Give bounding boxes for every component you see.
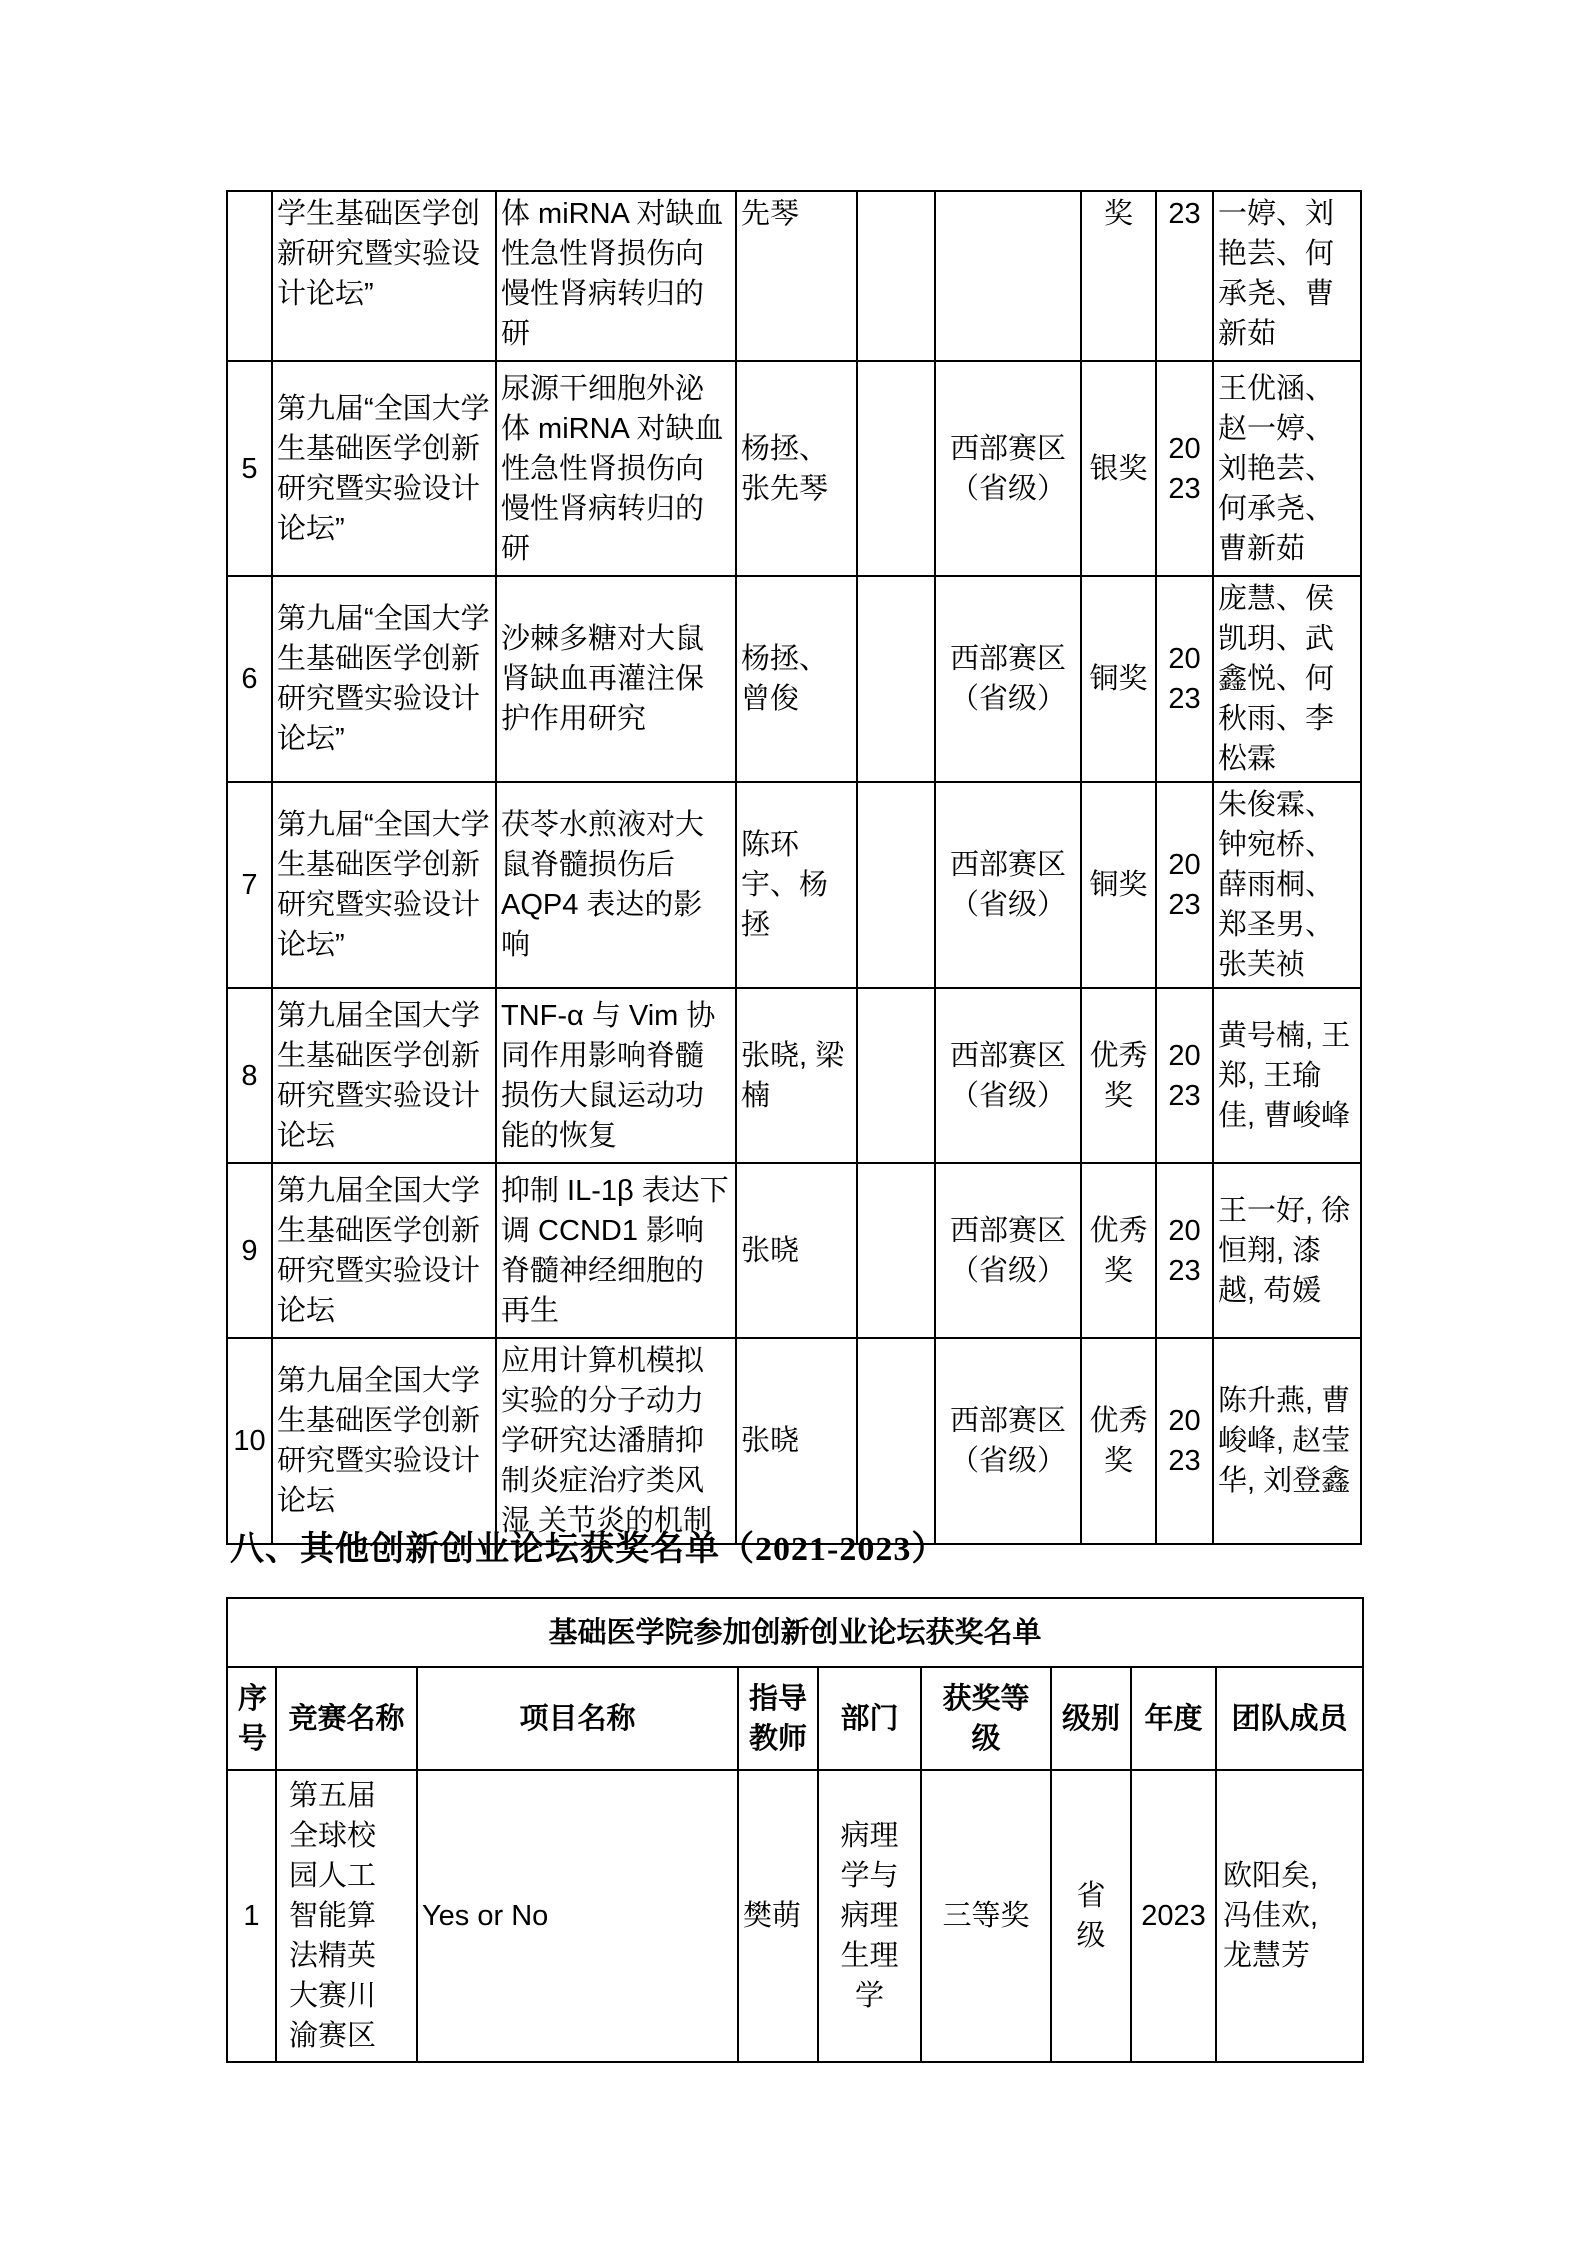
cell-award: 优秀奖: [1081, 1338, 1156, 1544]
innovation-forum-awards-table: 基础医学院参加创新创业论坛获奖名单 序号 竞赛名称 项目名称 指导教师 部门 获…: [226, 1597, 1364, 2063]
cell-level: 西部赛区（省级）: [935, 576, 1081, 782]
cell-project: 尿源干细胞外泌体 miRNA 对缺血性急性肾损伤向慢性肾病转归的研: [496, 361, 736, 576]
cell-teacher: 张晓, 梁楠: [736, 988, 857, 1163]
cell-competition: 第九届“全国大学生基础医学创新研究暨实验设计论坛”: [272, 782, 496, 988]
cell-team: 王优涵、赵一婷、刘艳芸、何承尧、曹新茹: [1213, 361, 1361, 576]
cell-project: 茯苓水煎液对大鼠脊髓损伤后 AQP4 表达的影响: [496, 782, 736, 988]
table-row: 10 第九届全国大学生基础医学创新研究暨实验设计论坛 应用计算机模拟实验的分子动…: [227, 1338, 1361, 1544]
cell-year: 2023: [1156, 361, 1213, 576]
cell-competition: 第九届“全国大学生基础医学创新研究暨实验设计论坛”: [272, 576, 496, 782]
header-department: 部门: [818, 1667, 921, 1770]
cell-team: 一婷、刘艳芸、何承尧、曹新茹: [1213, 191, 1361, 361]
cell-award: 奖: [1081, 191, 1156, 361]
cell-competition: 第九届全国大学生基础医学创新研究暨实验设计论坛: [272, 1338, 496, 1544]
cell-teacher: 先琴: [736, 191, 857, 361]
cell-teacher: 樊萌: [738, 1770, 818, 2062]
cell-year: 2023: [1156, 1163, 1213, 1338]
cell-year: 2023: [1156, 1338, 1213, 1544]
cell-department: [857, 576, 935, 782]
table-header-row: 序号 竞赛名称 项目名称 指导教师 部门 获奖等级 级别 年度 团队成员: [227, 1667, 1363, 1770]
cell-department: [857, 988, 935, 1163]
header-award: 获奖等级: [921, 1667, 1051, 1770]
table-row: 8 第九届全国大学生基础医学创新研究暨实验设计论坛 TNF-α 与 Vim 协同…: [227, 988, 1361, 1163]
cell-level: 西部赛区（省级）: [935, 988, 1081, 1163]
cell-award: 铜奖: [1081, 782, 1156, 988]
cell-team: 王一好, 徐恒翔, 漆越, 苟媛: [1213, 1163, 1361, 1338]
table-title-row: 基础医学院参加创新创业论坛获奖名单: [227, 1598, 1363, 1667]
cell-department: [857, 1163, 935, 1338]
section-heading: 八、其他创新创业论坛获奖名单（2021-2023）: [230, 1528, 1360, 1572]
cell-award: 优秀奖: [1081, 1163, 1156, 1338]
cell-project: 应用计算机模拟实验的分子动力学研究达潘腈抑制炎症治疗类风湿 关节炎的机制: [496, 1338, 736, 1544]
cell-teacher: 杨拯、张先琴: [736, 361, 857, 576]
cell-award: 铜奖: [1081, 576, 1156, 782]
cell-level: 西部赛区（省级）: [935, 1163, 1081, 1338]
cell-project: TNF-α 与 Vim 协同作用影响脊髓损伤大鼠运动功能的恢复: [496, 988, 736, 1163]
header-project: 项目名称: [417, 1667, 738, 1770]
cell-seq: 1: [227, 1770, 276, 2062]
cell-department: [857, 782, 935, 988]
cell-level: 西部赛区（省级）: [935, 782, 1081, 988]
document-page: 学生基础医学创新研究暨实验设计论坛” 体 miRNA 对缺血性急性肾损伤向慢性肾…: [0, 0, 1587, 2245]
cell-teacher: 陈环宇、杨拯: [736, 782, 857, 988]
cell-level: 西部赛区（省级）: [935, 1338, 1081, 1544]
cell-project: 抑制 IL-1β 表达下调 CCND1 影响脊髓神经细胞的再生: [496, 1163, 736, 1338]
cell-seq: 5: [227, 361, 272, 576]
table-row: 1 第五届全球校园人工智能算法精英大赛川渝赛区 Yes or No 樊萌 病理学…: [227, 1770, 1363, 2062]
cell-team: 陈升燕, 曹峻峰, 赵莹华, 刘登鑫: [1213, 1338, 1361, 1544]
cell-level: 省级: [1051, 1770, 1131, 2062]
cell-award: 优秀奖: [1081, 988, 1156, 1163]
cell-seq: 6: [227, 576, 272, 782]
table-title: 基础医学院参加创新创业论坛获奖名单: [227, 1598, 1363, 1667]
cell-project: 体 miRNA 对缺血性急性肾损伤向慢性肾病转归的研: [496, 191, 736, 361]
cell-level: 西部赛区（省级）: [935, 361, 1081, 576]
header-seq: 序号: [227, 1667, 276, 1770]
cell-team: 黄号楠, 王郑, 王瑜佳, 曹峻峰: [1213, 988, 1361, 1163]
cell-competition: 第五届全球校园人工智能算法精英大赛川渝赛区: [276, 1770, 417, 2062]
header-level: 级别: [1051, 1667, 1131, 1770]
cell-team: 欧阳矣, 冯佳欢, 龙慧芳: [1216, 1770, 1363, 2062]
cell-department: 病理学与病理生理学: [818, 1770, 921, 2062]
cell-award: 三等奖: [921, 1770, 1051, 2062]
table-row: 5 第九届“全国大学生基础医学创新研究暨实验设计论坛” 尿源干细胞外泌体 miR…: [227, 361, 1361, 576]
cell-department: [857, 361, 935, 576]
cell-year: 23: [1156, 191, 1213, 361]
cell-team: 朱俊霖、钟宛桥、薛雨桐、郑圣男、张芙祯: [1213, 782, 1361, 988]
table-row: 9 第九届全国大学生基础医学创新研究暨实验设计论坛 抑制 IL-1β 表达下调 …: [227, 1163, 1361, 1338]
cell-project: Yes or No: [417, 1770, 738, 2062]
cell-year: 2023: [1156, 576, 1213, 782]
cell-team: 庞慧、侯凯玥、武鑫悦、何秋雨、李松霖: [1213, 576, 1361, 782]
cell-project: 沙棘多糖对大鼠肾缺血再灌注保护作用研究: [496, 576, 736, 782]
cell-competition: 第九届“全国大学生基础医学创新研究暨实验设计论坛”: [272, 361, 496, 576]
cell-department: [857, 1338, 935, 1544]
cell-year: 2023: [1156, 988, 1213, 1163]
header-team: 团队成员: [1216, 1667, 1363, 1770]
forum-awards-table-continued: 学生基础医学创新研究暨实验设计论坛” 体 miRNA 对缺血性急性肾损伤向慢性肾…: [226, 190, 1362, 1545]
cell-competition: 学生基础医学创新研究暨实验设计论坛”: [272, 191, 496, 361]
cell-award: 银奖: [1081, 361, 1156, 576]
cell-level: [935, 191, 1081, 361]
cell-seq: 7: [227, 782, 272, 988]
cell-competition: 第九届全国大学生基础医学创新研究暨实验设计论坛: [272, 1163, 496, 1338]
header-year: 年度: [1131, 1667, 1216, 1770]
cell-seq: 10: [227, 1338, 272, 1544]
table-row: 学生基础医学创新研究暨实验设计论坛” 体 miRNA 对缺血性急性肾损伤向慢性肾…: [227, 191, 1361, 361]
cell-seq: [227, 191, 272, 361]
cell-teacher: 张晓: [736, 1338, 857, 1544]
cell-seq: 9: [227, 1163, 272, 1338]
cell-teacher: 张晓: [736, 1163, 857, 1338]
header-competition: 竞赛名称: [276, 1667, 417, 1770]
table-row: 7 第九届“全国大学生基础医学创新研究暨实验设计论坛” 茯苓水煎液对大鼠脊髓损伤…: [227, 782, 1361, 988]
table-row: 6 第九届“全国大学生基础医学创新研究暨实验设计论坛” 沙棘多糖对大鼠肾缺血再灌…: [227, 576, 1361, 782]
cell-seq: 8: [227, 988, 272, 1163]
cell-year: 2023: [1156, 782, 1213, 988]
cell-teacher: 杨拯、曾俊: [736, 576, 857, 782]
cell-year: 2023: [1131, 1770, 1216, 2062]
cell-department: [857, 191, 935, 361]
cell-competition: 第九届全国大学生基础医学创新研究暨实验设计论坛: [272, 988, 496, 1163]
header-teacher: 指导教师: [738, 1667, 818, 1770]
